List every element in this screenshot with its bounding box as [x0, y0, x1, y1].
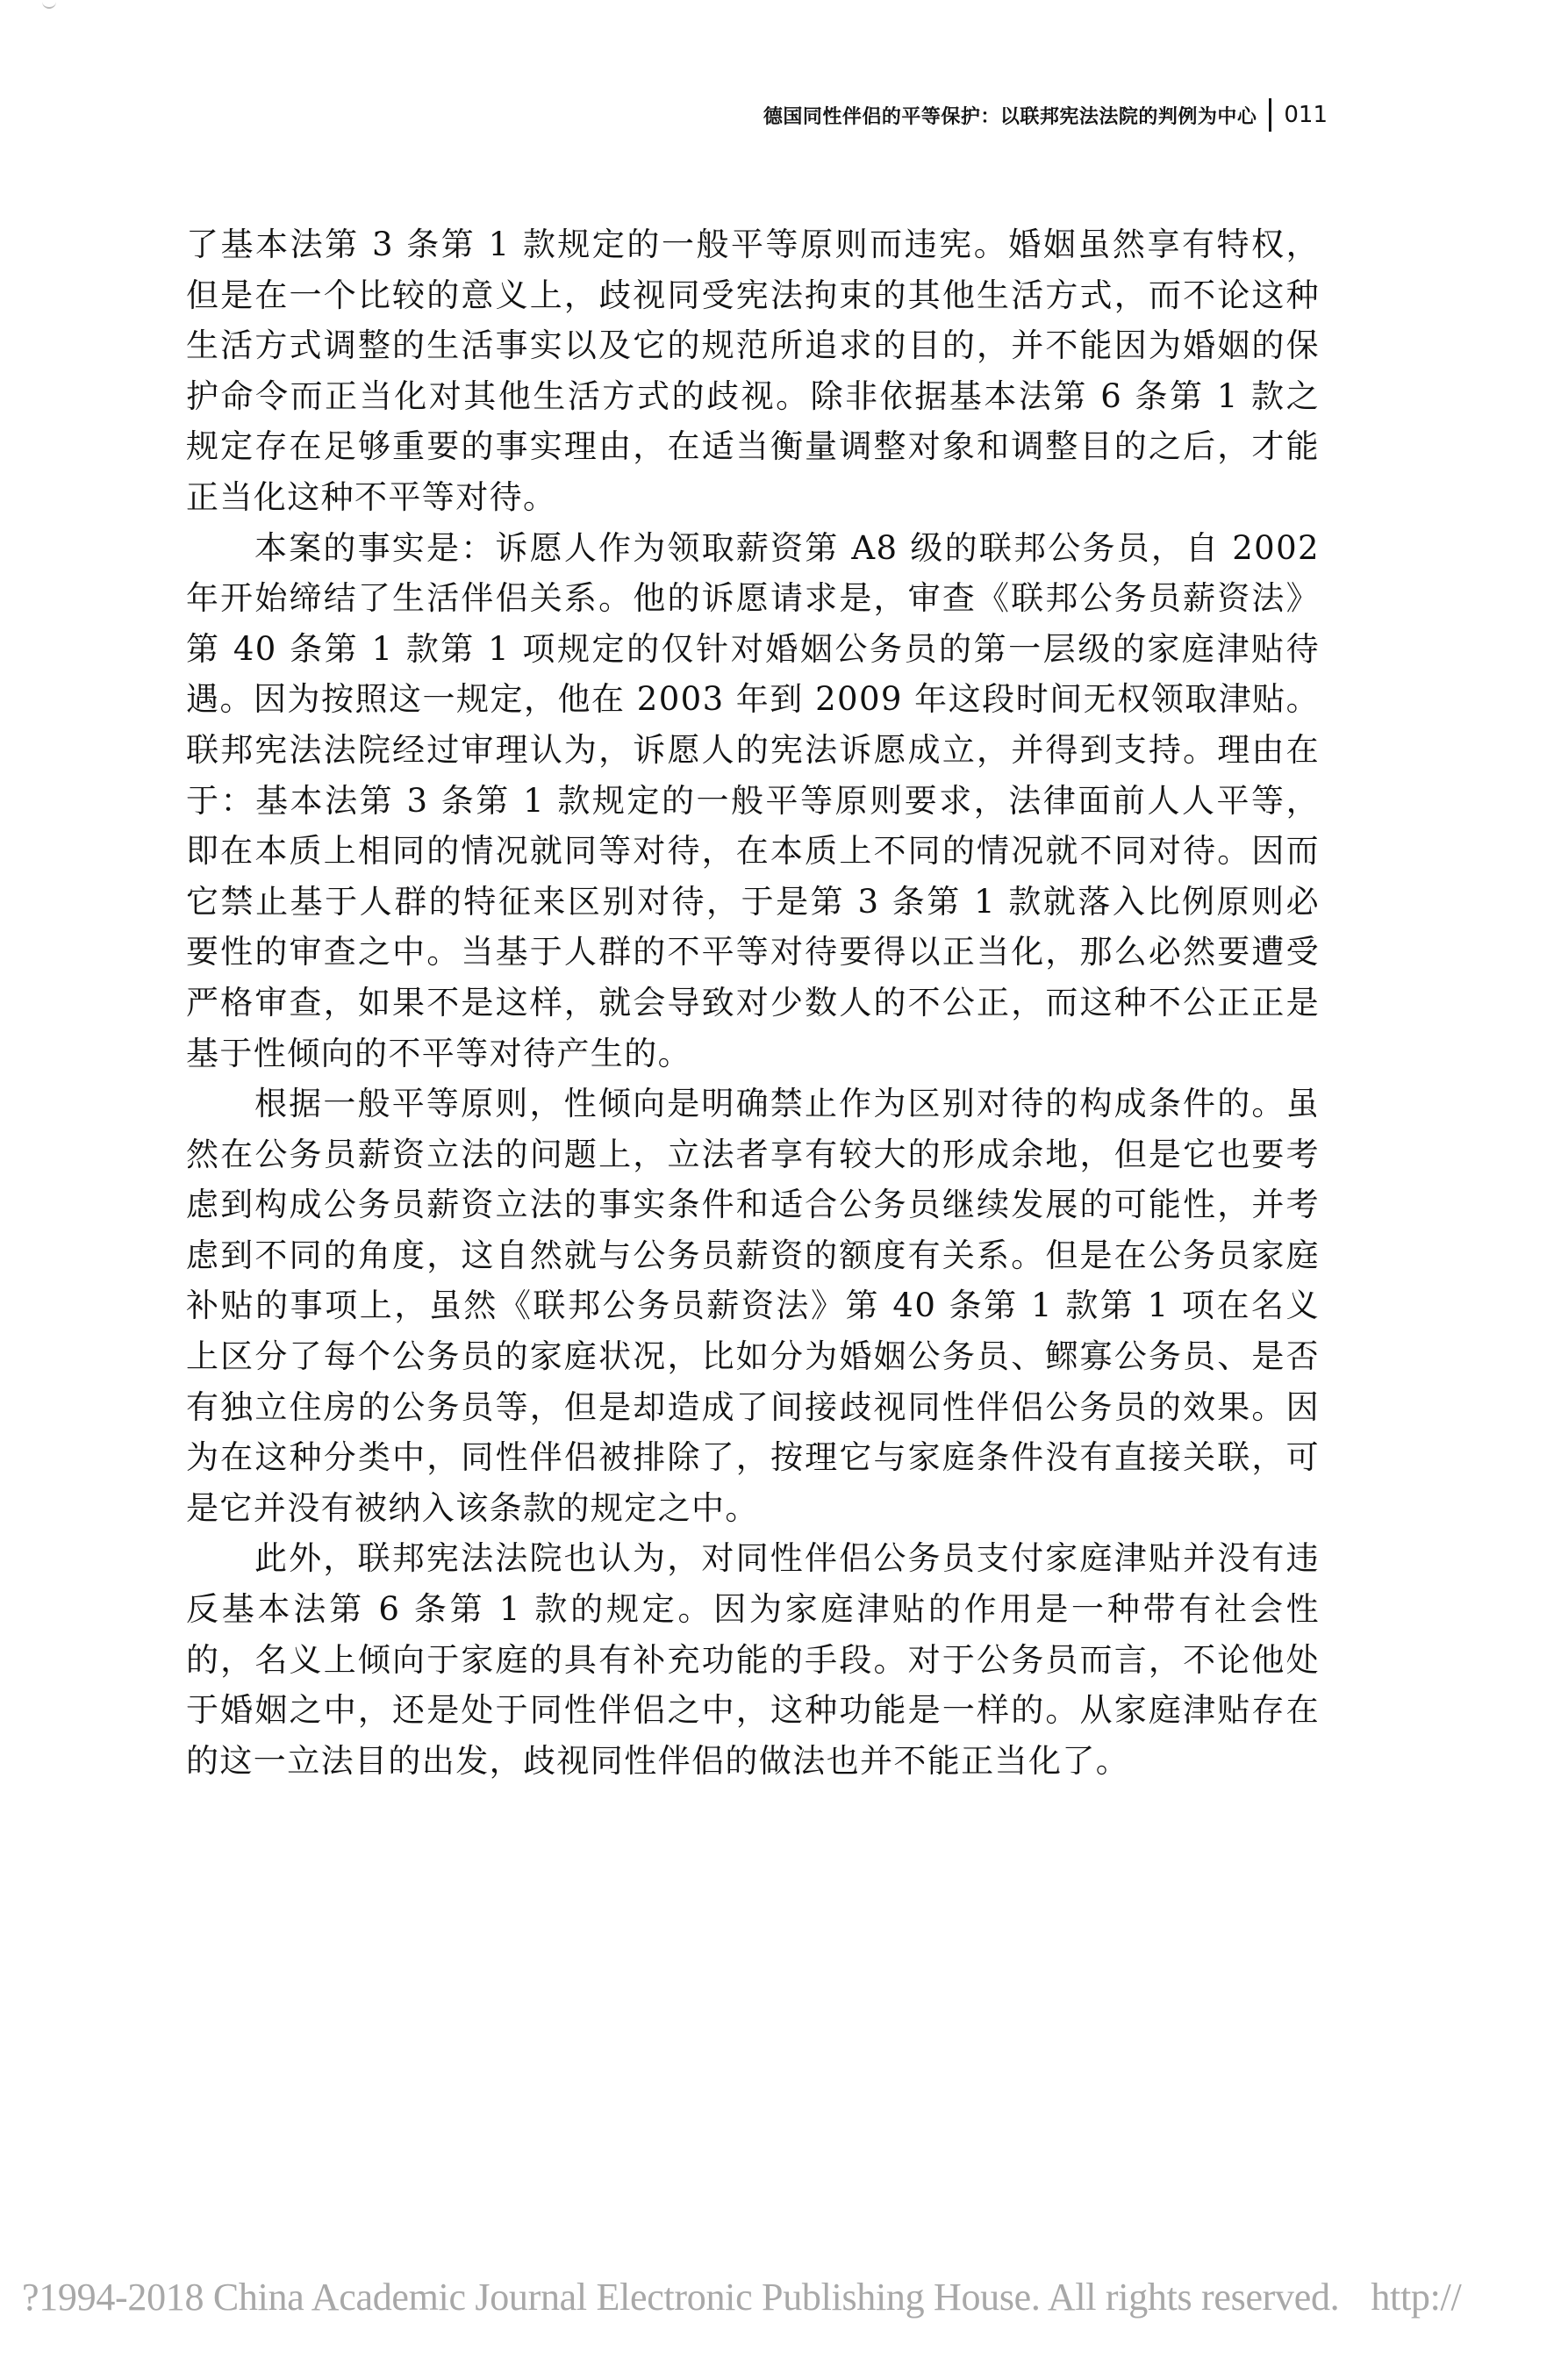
header-divider [1269, 98, 1271, 132]
paragraph-2: 本案的事实是：诉愿人作为领取薪资第 A8 级的联邦公务员，自 2002 年开始缔… [186, 523, 1320, 1079]
footer-url-link[interactable]: http:// [1371, 2276, 1461, 2319]
copyright-footer: ?1994-2018 China Academic Journal Electr… [22, 2275, 1461, 2319]
paragraph-4: 此外，联邦宪法法院也认为，对同性伴侣公务员支付家庭津贴并没有违反基本法第 6 条… [186, 1533, 1320, 1786]
article-body: 了基本法第 3 条第 1 款规定的一般平等原则而违宪。婚姻虽然享有特权，但是在一… [186, 219, 1320, 1786]
paragraph-3: 根据一般平等原则，性倾向是明确禁止作为区别对待的构成条件的。虽然在公务员薪资立法… [186, 1079, 1320, 1533]
running-header: 德国同性伴侣的平等保护：以联邦宪法法院的判例为中心 011 [763, 98, 1328, 132]
copyright-text: ?1994-2018 China Academic Journal Electr… [22, 2276, 1339, 2319]
paragraph-1: 了基本法第 3 条第 1 款规定的一般平等原则而违宪。婚姻虽然享有特权，但是在一… [186, 219, 1320, 523]
scan-artifact-mark [42, 0, 56, 9]
running-header-title: 德国同性伴侣的平等保护：以联邦宪法法院的判例为中心 [763, 102, 1257, 129]
page-number: 011 [1284, 102, 1328, 128]
